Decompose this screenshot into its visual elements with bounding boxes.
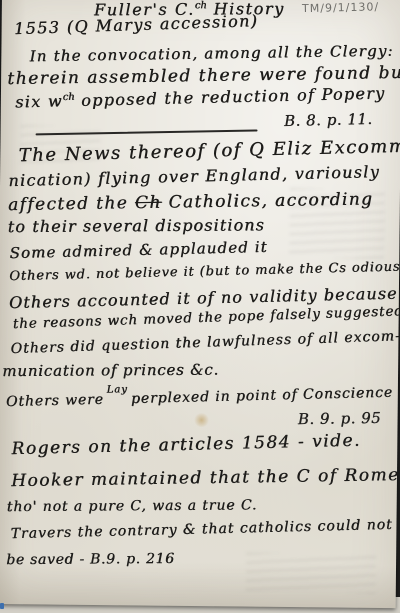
perplexed-text: Others were [6,392,104,410]
excommunication-line-2: nication) flying over England, variously [8,164,380,189]
citation-b8-p11: B. 8. p. 11. [284,112,373,129]
excommunication-line-4: to their several dispositions [8,217,265,235]
convocation-line-3-text: six w [15,91,63,111]
convocation-line-3: six wch opposed the reduction of Popery [15,85,386,110]
reaction-line-6: munication of princes &c. [2,363,219,380]
inserted-word-lay: Lay [106,384,127,396]
excommunication-line-3-text: affected the [8,193,135,215]
convocation-line-3-text: opposed the reduction of Popery [74,83,385,110]
rogers-line: Rogers on the articles 1584 - vide. [11,433,361,459]
manuscript-page: Fuller's C.ch History TM/9/1/130/ 1553 (… [0,0,400,608]
archive-reference: TM/9/1/130/ [302,0,379,15]
reaction-line-2: Others wd. not believe it (but to make t… [9,260,400,283]
travers-line-2: be saved - B.9. p. 216 [6,552,175,567]
citation-b9-p95: B. 9. p. 95 [298,411,382,427]
perplexed-line: Others wereLayperplexed in point of Cons… [6,385,400,409]
scan-artifact-dot [0,603,4,609]
hooker-line-2: tho' not a pure C, was a true C. [7,498,258,514]
ink-showthrough [246,553,376,594]
convocation-line-1: In the convocation, among all the Clergy… [29,44,393,65]
hooker-line-1: Hooker maintained that the C of Rome [11,467,400,490]
excommunication-line-3-text: Catholics, according [162,189,374,212]
reaction-line-5: Others did question the lawfulness of al… [10,329,400,356]
perplexed-text: perplexed in point of Conscience &c [131,384,400,407]
superscript-ch: ch [63,92,75,103]
manuscript-scan: Fuller's C.ch History TM/9/1/130/ 1553 (… [0,0,400,613]
date-line: 1553 (Q Marys accession) [14,13,259,37]
struck-word: Ch [135,193,162,213]
reaction-line-1: Some admired & applauded it [9,240,267,261]
paper-stain [193,413,209,427]
page-title-superscript: ch [195,0,207,11]
travers-line-1: Travers the contrary & that catholics co… [10,518,392,541]
